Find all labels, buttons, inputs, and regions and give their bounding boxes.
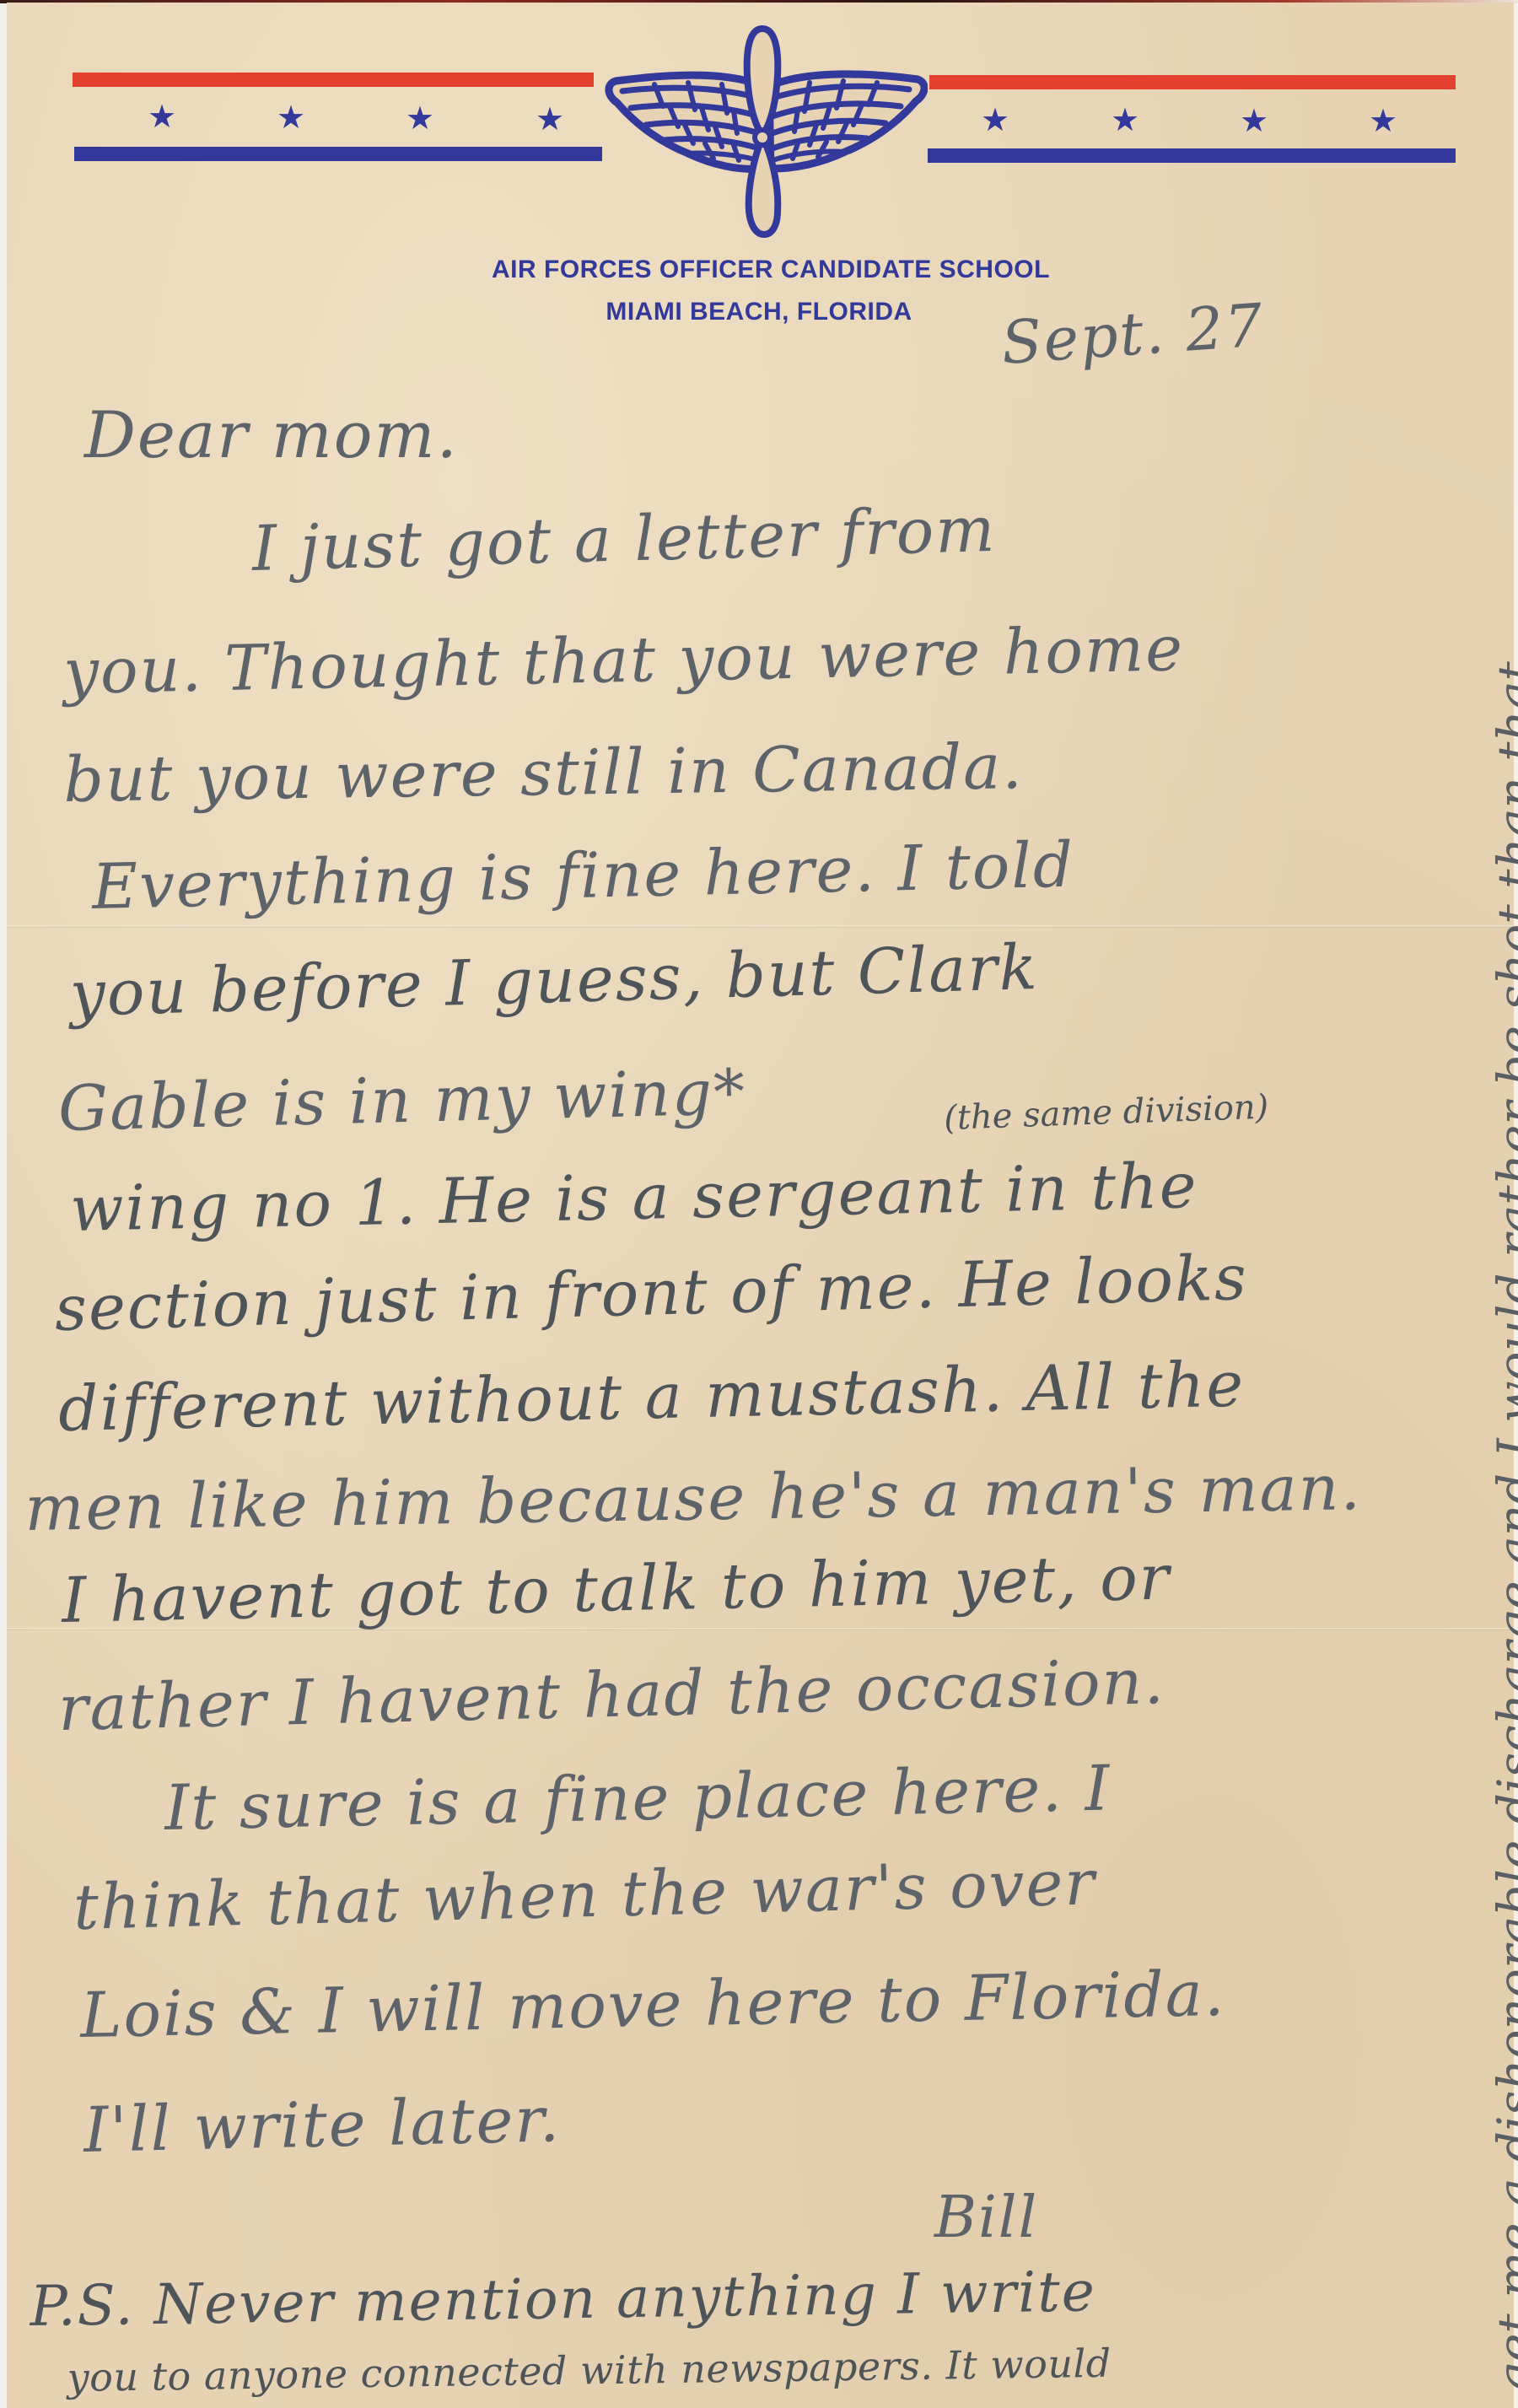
winged-propeller-icon [604,25,928,238]
star-icon: ★ [536,105,564,133]
left-red-stripe [73,73,594,87]
star-icon: ★ [981,105,1009,134]
body-line: Gable is in my wing* [57,1061,747,1140]
salutation: Dear mom. [84,403,459,467]
fold-crease-upper [7,925,1514,928]
star-icon: ★ [406,104,434,132]
letter-date: Sept. 27 [999,295,1266,373]
letterhead-location: MIAMI BEACH, FLORIDA [0,298,1518,326]
star-icon: ★ [1240,106,1268,135]
signature: Bill [934,2190,1038,2247]
body-line: It sure is a fine place here. I [164,1758,1112,1840]
right-blue-stripe [928,148,1456,163]
star-icon: ★ [148,102,176,131]
margin-note-vertical: get me a dishonorable discharge and I wo… [1491,646,1518,2394]
star-icon: ★ [1111,105,1139,134]
body-line: but you were still in Canada. [63,735,1024,811]
scan-left-margin [0,3,7,2408]
letterhead-organization: AIR FORCES OFFICER CANDIDATE SCHOOL [0,256,1518,284]
right-red-stripe [929,75,1456,89]
left-blue-stripe [74,147,602,161]
body-line: I'll write later. [83,2088,561,2162]
star-icon: ★ [1369,106,1397,135]
body-line: I just got a letter from [251,498,997,580]
postscript-line: P.S. Never mention anything I write [30,2264,1096,2335]
star-icon: ★ [277,103,305,132]
